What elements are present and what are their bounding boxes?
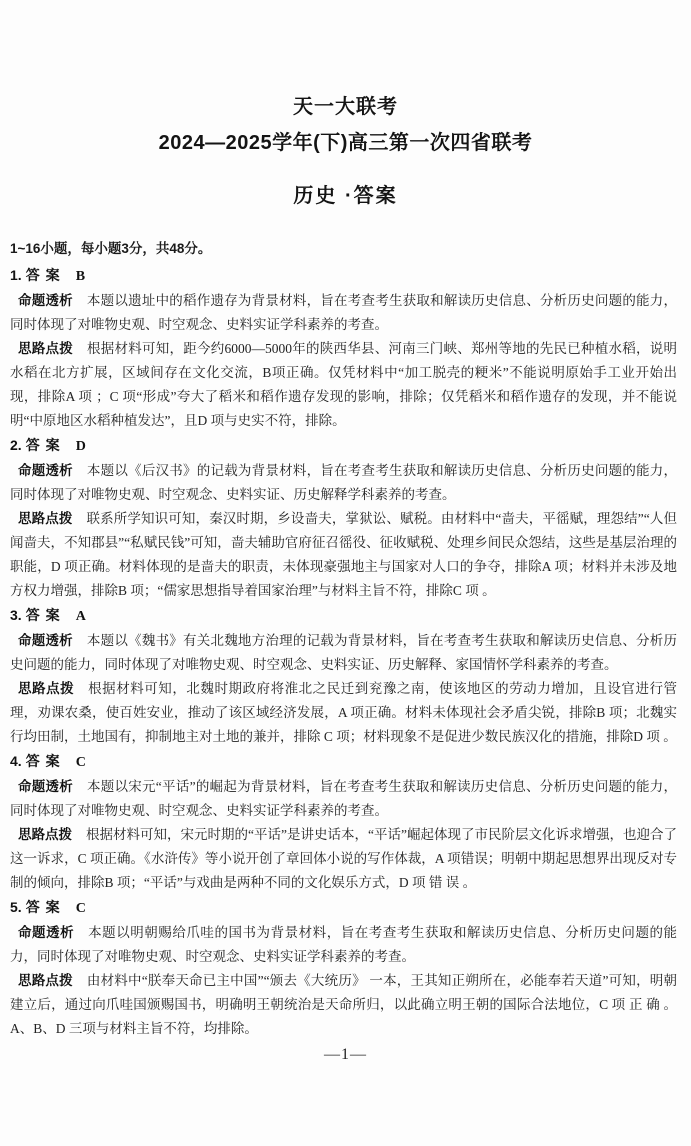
analysis-paragraph: 命题透析本题以明朝赐给爪哇的国书为背景材料，旨在考查考生获取和解读历史信息、分析… [10, 921, 677, 969]
question-number: 5. [10, 899, 22, 915]
hint-label: 思路点拨 [18, 973, 73, 988]
answer-value: A [76, 609, 86, 624]
answer-label: 答案 [26, 899, 66, 915]
hint-text: 由材料中“朕奉天命已主中国”“颁去《大统历》 一本，王其知正朔所在，必能奉若天道… [10, 973, 677, 1036]
page-number: —1— [0, 1046, 691, 1064]
question-block-4: 4.答案C 命题透析本题以宋元“平话”的崛起为背景材料，旨在考查考生获取和解读历… [10, 749, 677, 895]
answer-value: B [76, 269, 85, 284]
analysis-paragraph: 命题透析本题以《魏书》有关北魏地方治理的记载为背景材料，旨在考查考生获取和解读历… [10, 629, 677, 677]
answer-sheet-page: 天一大联考 2024—2025学年(下)高三第一次四省联考 历史 ·答案 1~1… [0, 0, 691, 1146]
question-block-1: 1.答案B 命题透析本题以遗址中的稻作遗存为背景材料，旨在考查考生获取和解读历史… [10, 263, 677, 433]
question-block-2: 2.答案D 命题透析本题以《后汉书》的记载为背景材料，旨在考查考生获取和解读历史… [10, 433, 677, 603]
hint-paragraph: 思路点拨由材料中“朕奉天命已主中国”“颁去《大统历》 一本，王其知正朔所在，必能… [10, 969, 677, 1041]
answer-label: 答案 [26, 607, 66, 623]
analysis-paragraph: 命题透析本题以宋元“平话”的崛起为背景材料，旨在考查考生获取和解读历史信息、分析… [10, 775, 677, 823]
answer-line: 1.答案B [10, 263, 677, 289]
question-number: 2. [10, 437, 22, 453]
answers-list: 1.答案B 命题透析本题以遗址中的稻作遗存为背景材料，旨在考查考生获取和解读历史… [10, 263, 677, 1041]
analysis-text: 本题以宋元“平话”的崛起为背景材料，旨在考查考生获取和解读历史信息、分析历史问题… [10, 779, 677, 818]
hint-label: 思路点拨 [18, 341, 73, 356]
score-note: 1~16小题，每小题3分，共48分。 [10, 237, 677, 257]
hint-label: 思路点拨 [18, 511, 73, 526]
exam-brand-title: 天一大联考 [0, 90, 691, 119]
hint-text: 联系所学知识可知，秦汉时期，乡设啬夫，掌狱讼、赋税。由材料中“啬夫，平徭赋，理怨… [10, 511, 677, 598]
answer-line: 3.答案A [10, 603, 677, 629]
analysis-label: 命题透析 [18, 779, 73, 794]
question-number: 1. [10, 267, 22, 283]
answer-value: C [76, 901, 86, 916]
hint-paragraph: 思路点拨根据材料可知，北魏时期政府将淮北之民迁到兖豫之南，使该地区的劳动力增加，… [10, 677, 677, 749]
analysis-label: 命题透析 [18, 925, 74, 940]
subject-answer-title: 历史 ·答案 [0, 179, 691, 208]
analysis-paragraph: 命题透析本题以遗址中的稻作遗存为背景材料，旨在考查考生获取和解读历史信息、分析历… [10, 289, 677, 337]
hint-label: 思路点拨 [18, 681, 74, 696]
analysis-text: 本题以遗址中的稻作遗存为背景材料，旨在考查考生获取和解读历史信息、分析历史问题的… [10, 293, 677, 332]
hint-paragraph: 思路点拨根据材料可知，距今约6000—5000年的陕西华县、河南三门峡、郑州等地… [10, 337, 677, 433]
analysis-text: 本题以明朝赐给爪哇的国书为背景材料，旨在考查考生获取和解读历史信息、分析历史问题… [10, 925, 677, 964]
answer-line: 2.答案D [10, 433, 677, 459]
hint-text: 根据材料可知，距今约6000—5000年的陕西华县、河南三门峡、郑州等地的先民已… [10, 341, 677, 428]
analysis-label: 命题透析 [18, 293, 73, 308]
answer-line: 5.答案C [10, 895, 677, 921]
analysis-text: 本题以《魏书》有关北魏地方治理的记载为背景材料，旨在考查考生获取和解读历史信息、… [10, 633, 677, 672]
answer-label: 答案 [26, 437, 66, 453]
analysis-label: 命题透析 [18, 633, 73, 648]
exam-session-title: 2024—2025学年(下)高三第一次四省联考 [0, 126, 691, 155]
question-block-5: 5.答案C 命题透析本题以明朝赐给爪哇的国书为背景材料，旨在考查考生获取和解读历… [10, 895, 677, 1041]
answer-label: 答案 [26, 753, 66, 769]
hint-text: 根据材料可知，北魏时期政府将淮北之民迁到兖豫之南，使该地区的劳动力增加，且设官进… [10, 681, 677, 744]
question-number: 3. [10, 607, 22, 623]
answer-value: C [76, 755, 86, 770]
analysis-label: 命题透析 [18, 463, 73, 478]
question-block-3: 3.答案A 命题透析本题以《魏书》有关北魏地方治理的记载为背景材料，旨在考查考生… [10, 603, 677, 749]
hint-paragraph: 思路点拨联系所学知识可知，秦汉时期，乡设啬夫，掌狱讼、赋税。由材料中“啬夫，平徭… [10, 507, 677, 603]
answer-label: 答案 [26, 267, 66, 283]
answer-value: D [76, 439, 86, 454]
hint-label: 思路点拨 [18, 827, 72, 842]
hint-paragraph: 思路点拨根据材料可知，宋元时期的“平话”是讲史话本，“平话”崛起体现了市民阶层文… [10, 823, 677, 895]
analysis-text: 本题以《后汉书》的记载为背景材料，旨在考查考生获取和解读历史信息、分析历史问题的… [10, 463, 677, 502]
document-header: 天一大联考 2024—2025学年(下)高三第一次四省联考 历史 ·答案 [0, 0, 691, 208]
analysis-paragraph: 命题透析本题以《后汉书》的记载为背景材料，旨在考查考生获取和解读历史信息、分析历… [10, 459, 677, 507]
answer-line: 4.答案C [10, 749, 677, 775]
question-number: 4. [10, 753, 22, 769]
hint-text: 根据材料可知，宋元时期的“平话”是讲史话本，“平话”崛起体现了市民阶层文化诉求增… [10, 827, 677, 890]
